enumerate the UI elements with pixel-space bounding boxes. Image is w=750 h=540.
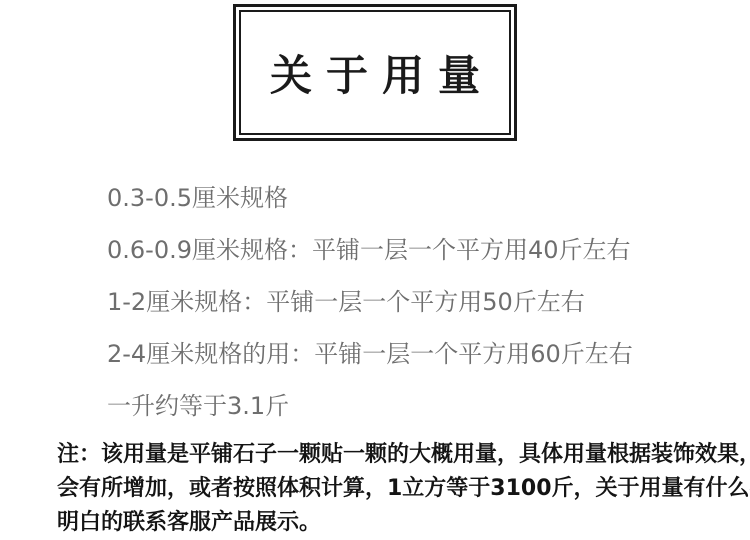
spec-line-size-03-05: 0.3-0.5厘米规格 bbox=[107, 172, 707, 224]
note-line-3: 明白的联系客服产品展示。 bbox=[57, 506, 717, 540]
spec-line-liter-conversion: 一升约等于3.1斤 bbox=[107, 380, 707, 432]
title-box-inner-border: 关于用量 bbox=[239, 10, 511, 135]
usage-info-page: 关于用量 0.3-0.5厘米规格 0.6-0.9厘米规格：平铺一层一个平方用40… bbox=[0, 0, 750, 540]
note-line-1: 注：该用量是平铺石子一颗贴一颗的大概用量，具体用量根据装饰效果， bbox=[57, 438, 717, 472]
page-title: 关于用量 bbox=[256, 43, 494, 103]
spec-list: 0.3-0.5厘米规格 0.6-0.9厘米规格：平铺一层一个平方用40斤左右 1… bbox=[107, 172, 707, 432]
note-line-2: 会有所增加，或者按照体积计算，1立方等于3100斤，关于用量有什么不 bbox=[57, 472, 717, 506]
spec-line-size-1-2: 1-2厘米规格：平铺一层一个平方用50斤左右 bbox=[107, 276, 707, 328]
spec-line-size-2-4: 2-4厘米规格的用：平铺一层一个平方用60斤左右 bbox=[107, 328, 707, 380]
title-box: 关于用量 bbox=[233, 4, 517, 141]
usage-note: 注：该用量是平铺石子一颗贴一颗的大概用量，具体用量根据装饰效果， 会有所增加，或… bbox=[57, 438, 717, 540]
spec-line-size-06-09: 0.6-0.9厘米规格：平铺一层一个平方用40斤左右 bbox=[107, 224, 707, 276]
